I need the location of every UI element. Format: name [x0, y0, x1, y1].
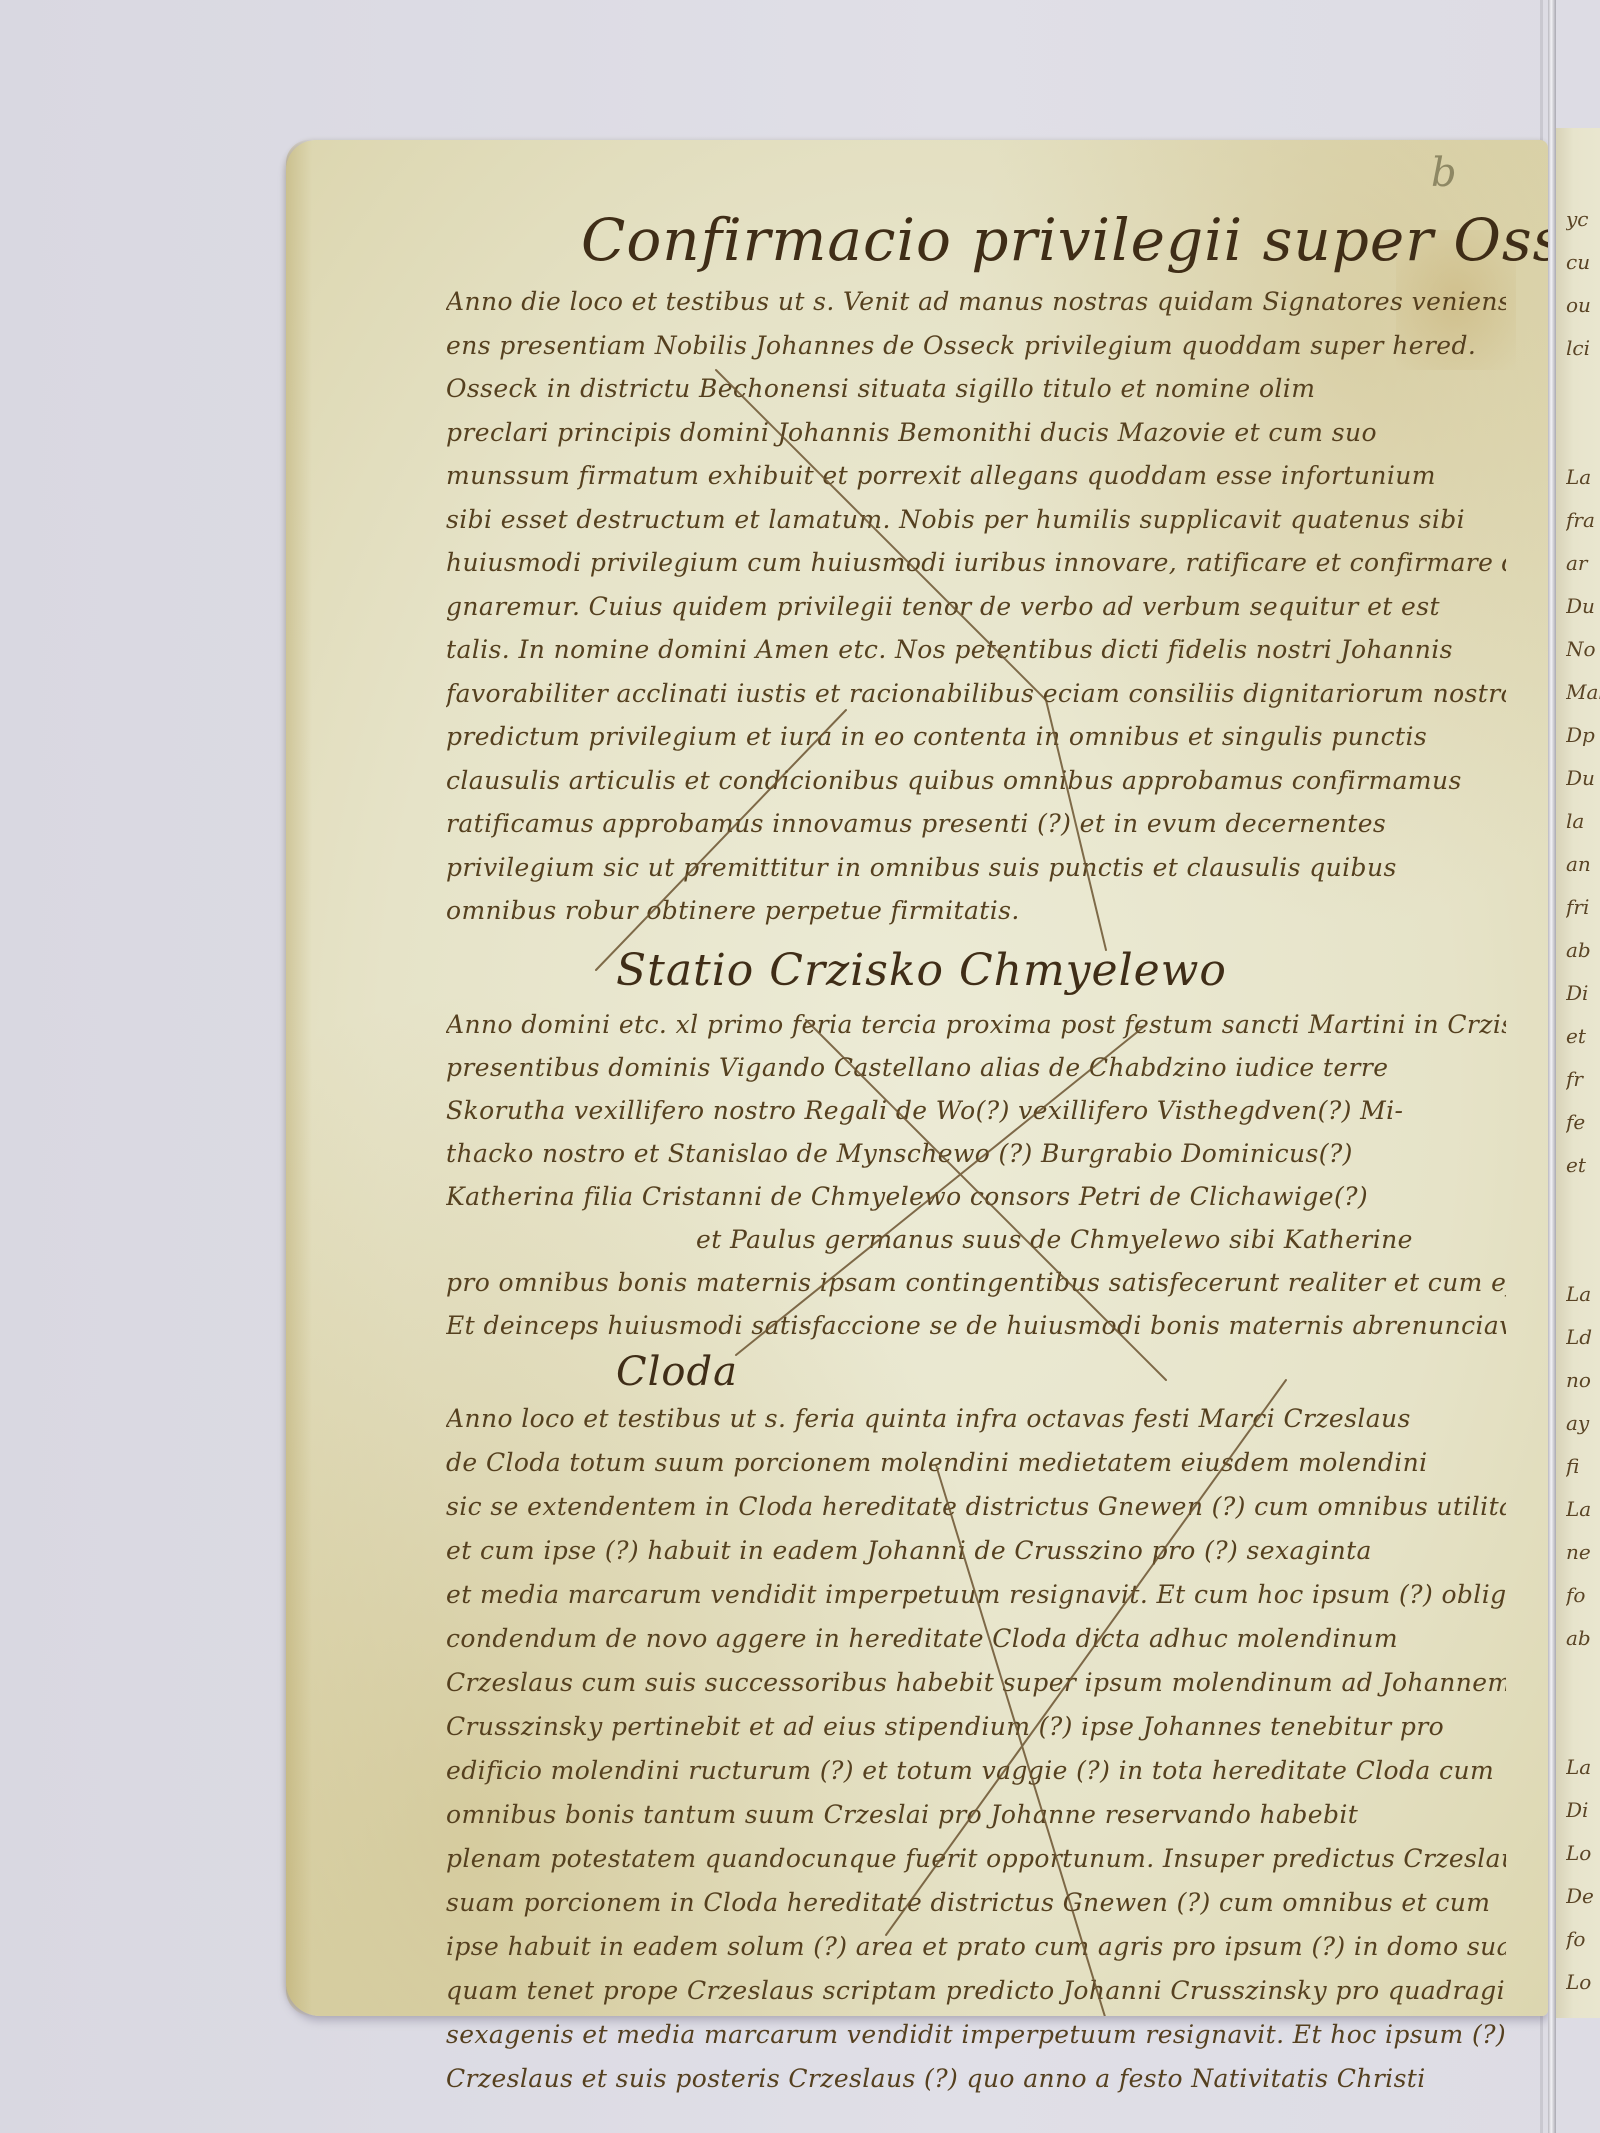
- fragment: et: [1566, 1015, 1600, 1058]
- fragment: fi: [1566, 1445, 1600, 1488]
- text-line: talis. In nomine domini Amen etc. Nos pe…: [446, 628, 1506, 672]
- fragment: cu: [1566, 241, 1600, 284]
- fragment: fo: [1566, 1918, 1600, 1961]
- entry-statio: Statio Crzisko Chmyelewo Anno domini etc…: [446, 939, 1506, 1347]
- fragment: [1566, 1660, 1600, 1703]
- text-line: Et deinceps huiusmodi satisfaccione se d…: [446, 1304, 1506, 1347]
- entry-heading: Confirmacio privilegii super Osseki: [581, 200, 1506, 280]
- text-line: omnibus robur obtinere perpetue firmitat…: [446, 889, 1506, 933]
- fragment: Dp: [1566, 714, 1600, 757]
- text-line: presentibus dominis Vigando Castellano a…: [446, 1046, 1506, 1089]
- fragment: La: [1566, 456, 1600, 499]
- fragment: Du: [1566, 757, 1600, 800]
- fragment: ab: [1566, 1617, 1600, 1660]
- text-line: plenam potestatem quandocunque fuerit op…: [446, 1837, 1506, 1881]
- text-line: sibi esset destructum et lamatum. Nobis …: [446, 498, 1506, 542]
- text-line: favorabiliter acclinati iustis et racion…: [446, 672, 1506, 716]
- entry-confirmacio: Confirmacio privilegii super Osseki Anno…: [446, 200, 1506, 933]
- facing-page-text: yc cu ou lci La fra ar Du No Mal Dp Du l…: [1566, 198, 1600, 2004]
- fragment: [1566, 1187, 1600, 1230]
- fragment: fra: [1566, 499, 1600, 542]
- text-line: Skorutha vexillifero nostro Regali de Wo…: [446, 1089, 1506, 1132]
- fragment: la: [1566, 800, 1600, 843]
- text-line: et media marcarum vendidit imperpetuum r…: [446, 1573, 1506, 1617]
- fragment: ab: [1566, 929, 1600, 972]
- folio-mark: b: [1431, 150, 1457, 196]
- text-line: condendum de novo aggere in hereditate C…: [446, 1617, 1506, 1661]
- entry-heading: Statio Crzisko Chmyelewo: [616, 939, 1506, 1003]
- fragment: [1566, 1703, 1600, 1746]
- text-line: ens presentiam Nobilis Johannes de Ossec…: [446, 324, 1506, 368]
- fragment: Lo: [1566, 1832, 1600, 1875]
- text-block: Confirmacio privilegii super Osseki Anno…: [446, 200, 1506, 2101]
- fragment: fri: [1566, 886, 1600, 929]
- text-line: predictum privilegium et iura in eo cont…: [446, 715, 1506, 759]
- text-line: huiusmodi privilegium cum huiusmodi iuri…: [446, 541, 1506, 585]
- book-gutter: [1548, 0, 1556, 2133]
- text-line: privilegium sic ut premittitur in omnibu…: [446, 846, 1506, 890]
- text-line: ratificamus approbamus innovamus present…: [446, 802, 1506, 846]
- text-line: Osseck in districtu Bechonensi situata s…: [446, 367, 1506, 411]
- fragment: La: [1566, 1746, 1600, 1789]
- fragment: ne: [1566, 1531, 1600, 1574]
- text-line: Anno domini etc. xl primo feria tercia p…: [446, 1003, 1506, 1046]
- text-line: ipse habuit in eadem solum (?) area et p…: [446, 1925, 1506, 1969]
- text-line: edificio molendini ructurum (?) et totum…: [446, 1749, 1506, 1793]
- fragment: et: [1566, 1144, 1600, 1187]
- entry-heading: Cloda: [616, 1347, 1506, 1397]
- fragment: yc: [1566, 198, 1600, 241]
- text-line: et cum ipse (?) habuit in eadem Johanni …: [446, 1529, 1506, 1573]
- text-line: de Cloda totum suum porcionem molendini …: [446, 1441, 1506, 1485]
- fragment: lci: [1566, 327, 1600, 370]
- fragment: fe: [1566, 1101, 1600, 1144]
- fragment: no: [1566, 1359, 1600, 1402]
- text-line: Anno die loco et testibus ut s. Venit ad…: [446, 280, 1506, 324]
- facing-page-edge: yc cu ou lci La fra ar Du No Mal Dp Du l…: [1556, 128, 1600, 2018]
- text-line: Crzeslaus et suis posteris Crzeslaus (?)…: [446, 2057, 1506, 2101]
- text-line: omnibus bonis tantum suum Crzeslai pro J…: [446, 1793, 1506, 1837]
- fragment: Lo: [1566, 1961, 1600, 2004]
- manuscript-page: b Confirmacio privilegii super Osseki An…: [286, 140, 1548, 2016]
- fragment: De: [1566, 1875, 1600, 1918]
- text-line: quam tenet prope Crzeslaus scriptam pred…: [446, 1969, 1506, 2013]
- text-line: clausulis articulis et condicionibus qui…: [446, 759, 1506, 803]
- fragment: No: [1566, 628, 1600, 671]
- entry-cloda: Cloda Anno loco et testibus ut s. feria …: [446, 1347, 1506, 2101]
- text-line: munssum firmatum exhibuit et porrexit al…: [446, 454, 1506, 498]
- text-line: thacko nostro et Stanislao de Mynschewo …: [446, 1132, 1506, 1175]
- text-line: Katherina filia Cristanni de Chmyelewo c…: [446, 1175, 1506, 1218]
- fragment: ay: [1566, 1402, 1600, 1445]
- text-line: sexagenis et media marcarum vendidit imp…: [446, 2013, 1506, 2057]
- text-line: preclari principis domini Johannis Bemon…: [446, 411, 1506, 455]
- fragment: [1566, 1230, 1600, 1273]
- text-line: suam porcionem in Cloda hereditate distr…: [446, 1881, 1506, 1925]
- text-line: Crusszinsky pertinebit et ad eius stipen…: [446, 1705, 1506, 1749]
- fragment: La: [1566, 1488, 1600, 1531]
- fragment: ou: [1566, 284, 1600, 327]
- text-line: gnaremur. Cuius quidem privilegii tenor …: [446, 585, 1506, 629]
- text-line: Crzeslaus cum suis successoribus habebit…: [446, 1661, 1506, 1705]
- text-line: et Paulus germanus suus de Chmyelewo sib…: [446, 1218, 1506, 1261]
- text-line: Anno loco et testibus ut s. feria quinta…: [446, 1397, 1506, 1441]
- text-line: sic se extendentem in Cloda hereditate d…: [446, 1485, 1506, 1529]
- fragment: ar: [1566, 542, 1600, 585]
- fragment: fr: [1566, 1058, 1600, 1101]
- fragment: Du: [1566, 585, 1600, 628]
- fragment: fo: [1566, 1574, 1600, 1617]
- fragment: [1566, 370, 1600, 413]
- text-line: pro omnibus bonis maternis ipsam conting…: [446, 1261, 1506, 1304]
- fragment: Di: [1566, 1789, 1600, 1832]
- fragment: Ld: [1566, 1316, 1600, 1359]
- fragment: [1566, 413, 1600, 456]
- fragment: La: [1566, 1273, 1600, 1316]
- fragment: an: [1566, 843, 1600, 886]
- fragment: Di: [1566, 972, 1600, 1015]
- fragment: Mal: [1566, 671, 1600, 714]
